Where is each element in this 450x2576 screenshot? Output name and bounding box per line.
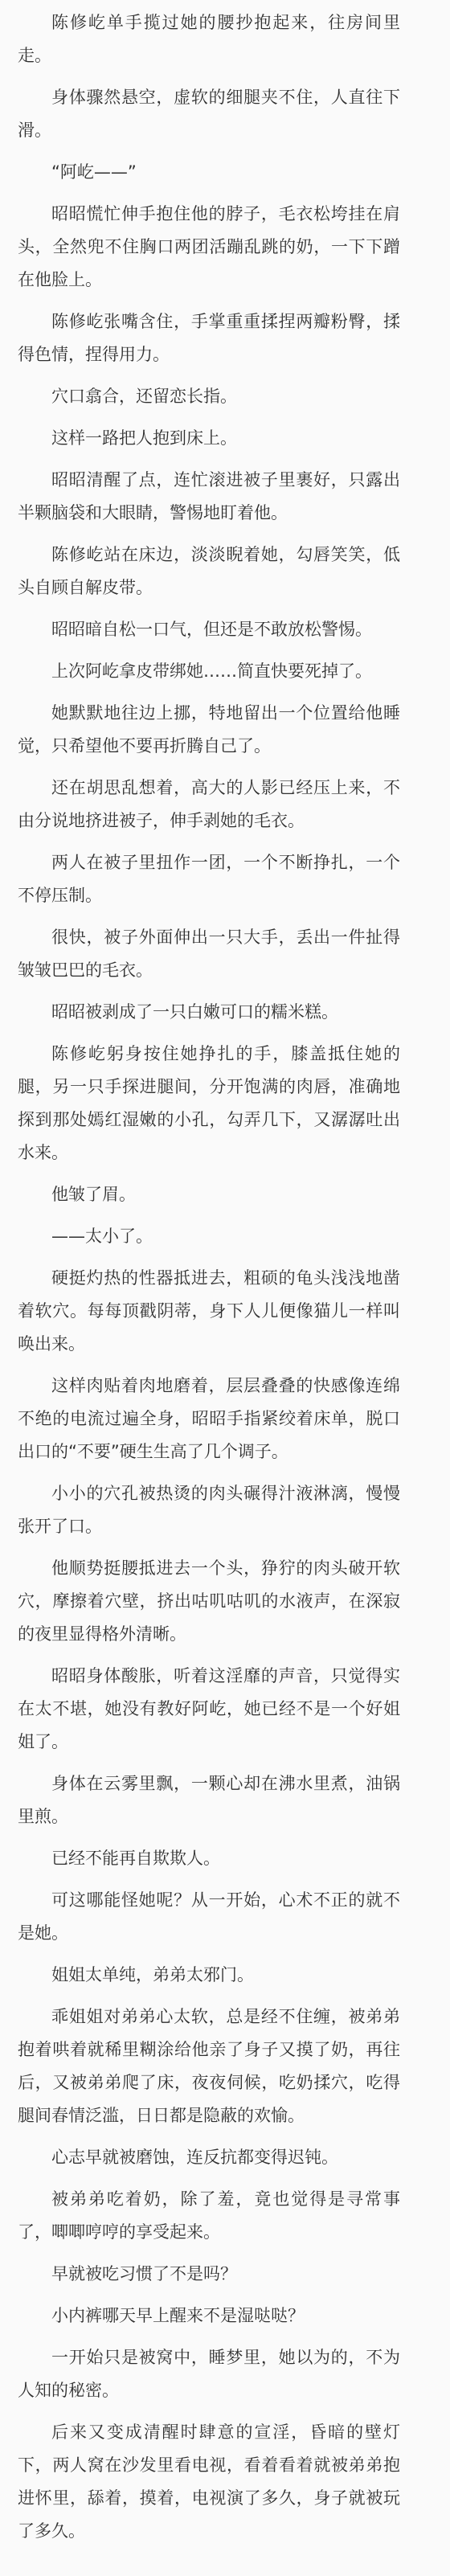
paragraph: 这样肉贴着肉地磨着，层层叠叠的快感像连绵不绝的电流过遍全身，昭昭手指紧绞着床单，… xyxy=(18,1370,400,1468)
reader-content: 陈修屹单手揽过她的腰抄抱起来，往房间里走。 身体骤然悬空，虚软的细腿夹不住，人直… xyxy=(0,0,450,2576)
paragraph: 一开始只是被窝中，睡梦里，她以为的，不为人知的秘密。 xyxy=(18,2341,400,2407)
paragraph: 心志早就被磨蚀，连反抗都变得迟钝。 xyxy=(18,2141,400,2174)
paragraph: ——太小了。 xyxy=(18,1220,400,1253)
paragraph: 早就被吃习惯了不是吗？ xyxy=(18,2258,400,2291)
paragraph: 这样一路把人抱到床上。 xyxy=(18,422,400,455)
paragraph: 昭昭被剥成了一只白嫩可口的糯米糕。 xyxy=(18,996,400,1029)
paragraph: 身体骤然悬空，虚软的细腿夹不住，人直往下滑。 xyxy=(18,81,400,147)
paragraph: 陈修屹躬身按住她挣扎的手，膝盖抵住她的腿，另一只手探进腿间，分开饱满的肉唇，准确… xyxy=(18,1038,400,1169)
paragraph: 上次阿屹拿皮带绑她……简直快要死掉了。 xyxy=(18,655,400,688)
paragraph: 可这哪能怪她呢？从一开始，心术不正的就不是她。 xyxy=(18,1884,400,1950)
paragraph: 小小的穴孔被热烫的肉头碾得汁液淋漓，慢慢张开了口。 xyxy=(18,1477,400,1543)
paragraph: 陈修屹站在床边，淡淡睨着她，勾唇笑笑，低头自顾自解皮带。 xyxy=(18,539,400,604)
paragraph: 陈修屹张嘴含住，手掌重重揉捏两瓣粉臀，揉得色情，捏得用力。 xyxy=(18,305,400,371)
paragraph: 两人在被子里扭作一团，一个不断挣扎，一个不停压制。 xyxy=(18,846,400,912)
paragraph: 她默默地往边上挪，特地留出一个位置给他睡觉，只希望他不要再折腾自己了。 xyxy=(18,697,400,763)
paragraph: 身体在云雾里飘，一颗心却在沸水里煮，油锅里煎。 xyxy=(18,1767,400,1833)
novel-reader-page: { "page": { "background_color": "#fafafa… xyxy=(0,0,450,2576)
paragraph: 已经不能再自欺欺人。 xyxy=(18,1842,400,1875)
paragraph: 被弟弟吃着奶，除了羞，竟也觉得是寻常事了，唧唧哼哼的享受起来。 xyxy=(18,2183,400,2249)
paragraph: 小内裤哪天早上醒来不是湿哒哒？ xyxy=(18,2300,400,2332)
paragraph: 他皱了眉。 xyxy=(18,1178,400,1211)
paragraph: 他顺势挺腰抵进去一个头，狰狞的肉头破开软穴，摩擦着穴壁，挤出咕叽咕叽的水液声，在… xyxy=(18,1552,400,1651)
paragraph: 乖姐姐对弟弟心太软，总是经不住缠，被弟弟抱着哄着就稀里糊涂给他亲了身子又摸了奶，… xyxy=(18,2001,400,2132)
paragraph: 姐姐太单纯，弟弟太邪门。 xyxy=(18,1959,400,1992)
paragraph: 昭昭暗自松一口气，但还是不敢放松警惕。 xyxy=(18,613,400,646)
paragraph: 还在胡思乱想着，高大的人影已经压上来，不由分说地挤进被子，伸手剥她的毛衣。 xyxy=(18,772,400,838)
paragraph: 很快，被子外面伸出一只大手，丢出一件扯得皱皱巴巴的毛衣。 xyxy=(18,921,400,987)
paragraph: 硬挺灼热的性器抵进去，粗硕的龟头浅浅地凿着软穴。每每顶戳阴蒂，身下人儿便像猫儿一… xyxy=(18,1262,400,1361)
paragraph: 穴口翕合，还留恋长指。 xyxy=(18,380,400,413)
paragraph: 昭昭清醒了点，连忙滚进被子里裹好，只露出半颗脑袋和大眼睛，警惕地盯着他。 xyxy=(18,464,400,530)
paragraph: 后来又变成清醒时肆意的宣淫，昏暗的壁灯下，两人窝在沙发里看电视，看着看着就被弟弟… xyxy=(18,2416,400,2548)
paragraph: 陈修屹单手揽过她的腰抄抱起来，往房间里走。 xyxy=(18,6,400,72)
paragraph: 昭昭慌忙伸手抱住他的脖子，毛衣松垮挂在肩头，全然兜不住胸口两团活蹦乱跳的奶，一下… xyxy=(18,198,400,297)
paragraph: 昭昭身体酸胀，听着这淫靡的声音，只觉得实在太不堪，她没有教好阿屹，她已经不是一个… xyxy=(18,1660,400,1759)
paragraph: “阿屹——” xyxy=(18,156,400,189)
